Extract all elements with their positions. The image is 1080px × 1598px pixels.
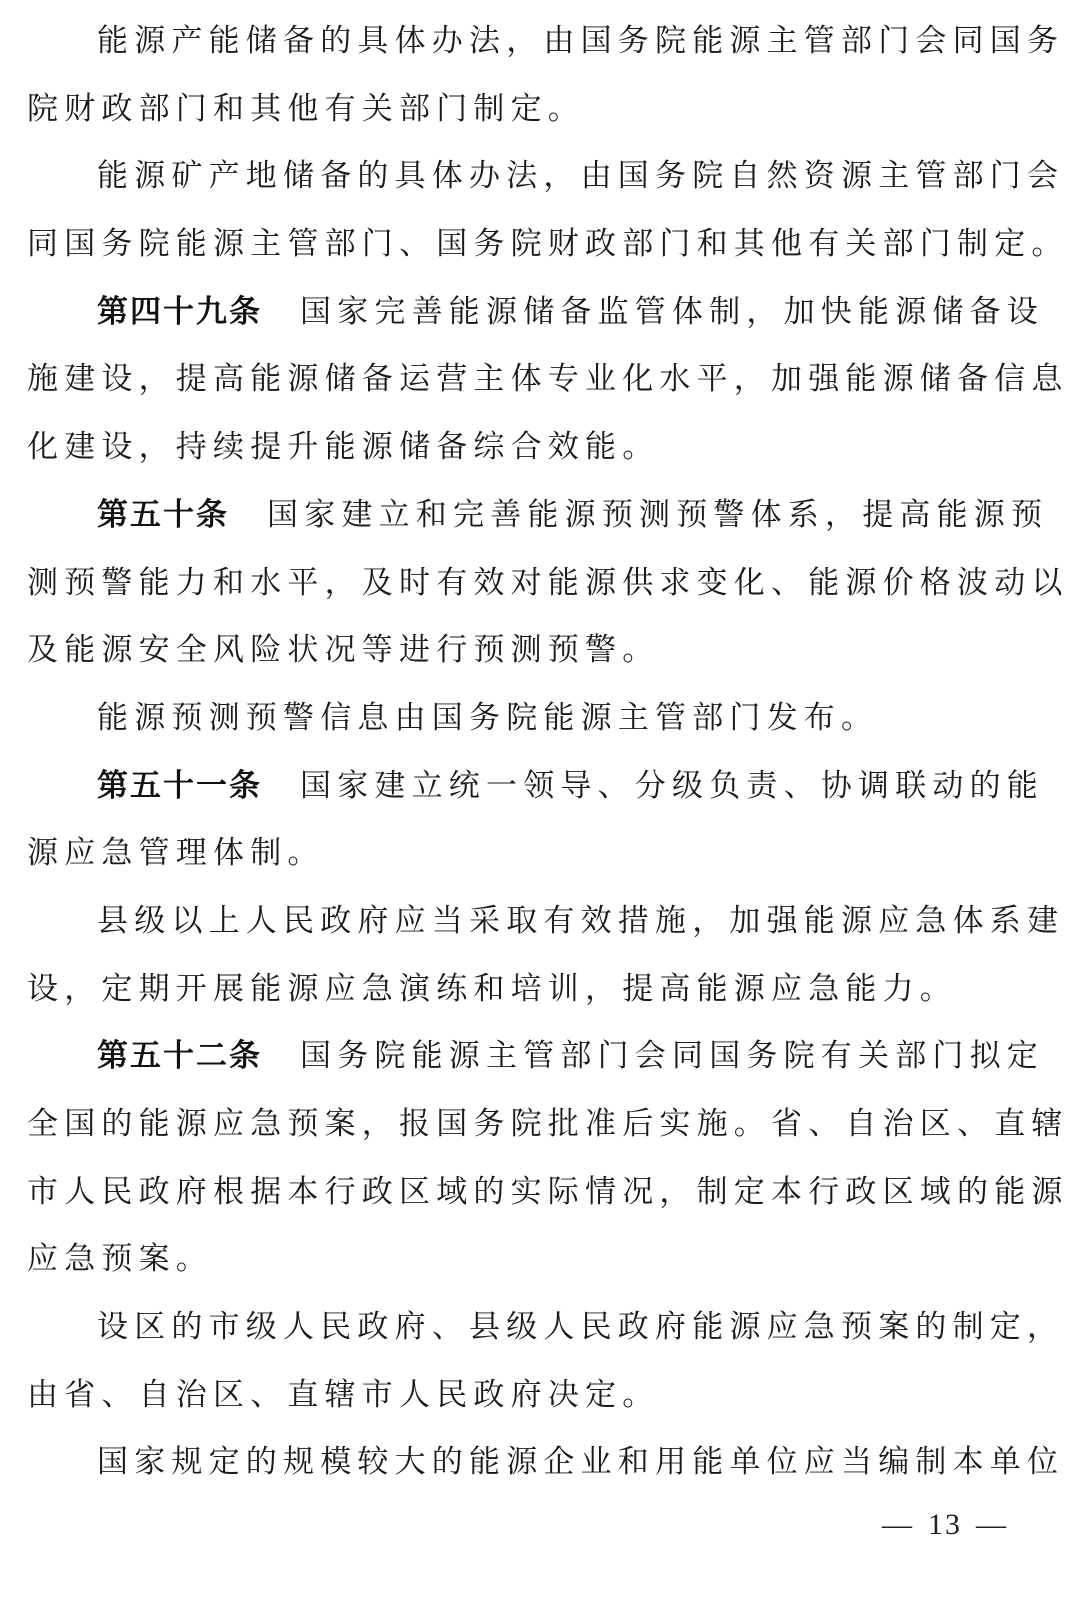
line-text: 全国的能源应急预案，报国务院批准后实施。省、自治区、直辖	[27, 1106, 1069, 1142]
line-text: 由省、自治区、直辖市人民政府决定。	[27, 1377, 659, 1413]
text-line: 院财政部门和其他有关部门制定。	[27, 76, 1035, 144]
line-text: 及能源安全风险状况等进行预测预警。	[27, 632, 659, 668]
text-line: 市人民政府根据本行政区域的实际情况，制定本行政区域的能源	[27, 1159, 1035, 1227]
article-heading: 第四十九条	[97, 294, 262, 330]
line-text: 应急预案。	[27, 1241, 213, 1277]
line-text: 设，定期开展能源应急演练和培训，提高能源应急能力。	[27, 971, 957, 1007]
text-line: 源应急管理体制。	[27, 820, 1035, 888]
text-line: 第四十九条国家完善能源储备监管体制，加快能源储备设	[27, 279, 1035, 347]
text-line: 化建设，持续提升能源储备综合效能。	[27, 414, 1035, 482]
text-line: 应急预案。	[27, 1226, 1035, 1294]
line-text: 能源矿产地储备的具体办法，由国务院自然资源主管部门会	[97, 158, 1064, 194]
line-text: 国家完善能源储备监管体制，加快能源储备设	[300, 294, 1044, 330]
line-text: 国家建立和完善能源预测预警体系，提高能源预	[267, 497, 1048, 533]
article-heading: 第五十二条	[97, 1038, 262, 1074]
text-line: 能源产能储备的具体办法，由国务院能源主管部门会同国务	[27, 8, 1035, 76]
line-text: 化建设，持续提升能源储备综合效能。	[27, 429, 659, 465]
text-line: 同国务院能源主管部门、国务院财政部门和其他有关部门制定。	[27, 211, 1035, 279]
text-line: 第五十二条国务院能源主管部门会同国务院有关部门拟定	[27, 1023, 1035, 1091]
line-text: 测预警能力和水平，及时有效对能源供求变化、能源价格波动以	[27, 565, 1069, 601]
page-number-value: 13	[928, 1508, 962, 1541]
article-heading: 第五十一条	[97, 768, 262, 804]
text-line: 设，定期开展能源应急演练和培训，提高能源应急能力。	[27, 956, 1035, 1024]
article-heading: 第五十条	[97, 497, 229, 533]
text-line: 施建设，提高能源储备运营主体专业化水平，加强能源储备信息	[27, 346, 1035, 414]
line-text: 施建设，提高能源储备运营主体专业化水平，加强能源储备信息	[27, 361, 1069, 397]
text-line: 测预警能力和水平，及时有效对能源供求变化、能源价格波动以	[27, 550, 1035, 618]
text-line: 设区的市级人民政府、县级人民政府能源应急预案的制定，	[27, 1294, 1035, 1362]
line-text: 市人民政府根据本行政区域的实际情况，制定本行政区域的能源	[27, 1174, 1069, 1210]
text-line: 国家规定的规模较大的能源企业和用能单位应当编制本单位	[27, 1429, 1035, 1497]
text-line: 全国的能源应急预案，报国务院批准后实施。省、自治区、直辖	[27, 1091, 1035, 1159]
text-line: 能源矿产地储备的具体办法，由国务院自然资源主管部门会	[27, 143, 1035, 211]
text-line: 第五十条国家建立和完善能源预测预警体系，提高能源预	[27, 482, 1035, 550]
text-line: 能源预测预警信息由国务院能源主管部门发布。	[27, 685, 1035, 753]
text-line: 由省、自治区、直辖市人民政府决定。	[27, 1362, 1035, 1430]
document-page: 能源产能储备的具体办法，由国务院能源主管部门会同国务院财政部门和其他有关部门制定…	[27, 8, 1035, 1497]
text-line: 第五十一条国家建立统一领导、分级负责、协调联动的能	[27, 753, 1035, 821]
page-number: —13—	[868, 1508, 1022, 1542]
line-text: 同国务院能源主管部门、国务院财政部门和其他有关部门制定。	[27, 226, 1069, 262]
line-text: 源应急管理体制。	[27, 835, 325, 871]
text-line: 及能源安全风险状况等进行预测预警。	[27, 617, 1035, 685]
line-text: 国家规定的规模较大的能源企业和用能单位应当编制本单位	[97, 1444, 1064, 1480]
line-text: 县级以上人民政府应当采取有效措施，加强能源应急体系建	[97, 903, 1064, 939]
page-dash-right: —	[976, 1508, 1008, 1541]
line-text: 能源预测预警信息由国务院能源主管部门发布。	[97, 700, 878, 736]
line-text: 院财政部门和其他有关部门制定。	[27, 91, 585, 127]
page-dash-left: —	[882, 1508, 914, 1541]
text-line: 县级以上人民政府应当采取有效措施，加强能源应急体系建	[27, 888, 1035, 956]
line-text: 设区的市级人民政府、县级人民政府能源应急预案的制定，	[97, 1309, 1064, 1345]
line-text: 国务院能源主管部门会同国务院有关部门拟定	[300, 1038, 1044, 1074]
line-text: 国家建立统一领导、分级负责、协调联动的能	[300, 768, 1044, 804]
line-text: 能源产能储备的具体办法，由国务院能源主管部门会同国务	[97, 23, 1064, 59]
